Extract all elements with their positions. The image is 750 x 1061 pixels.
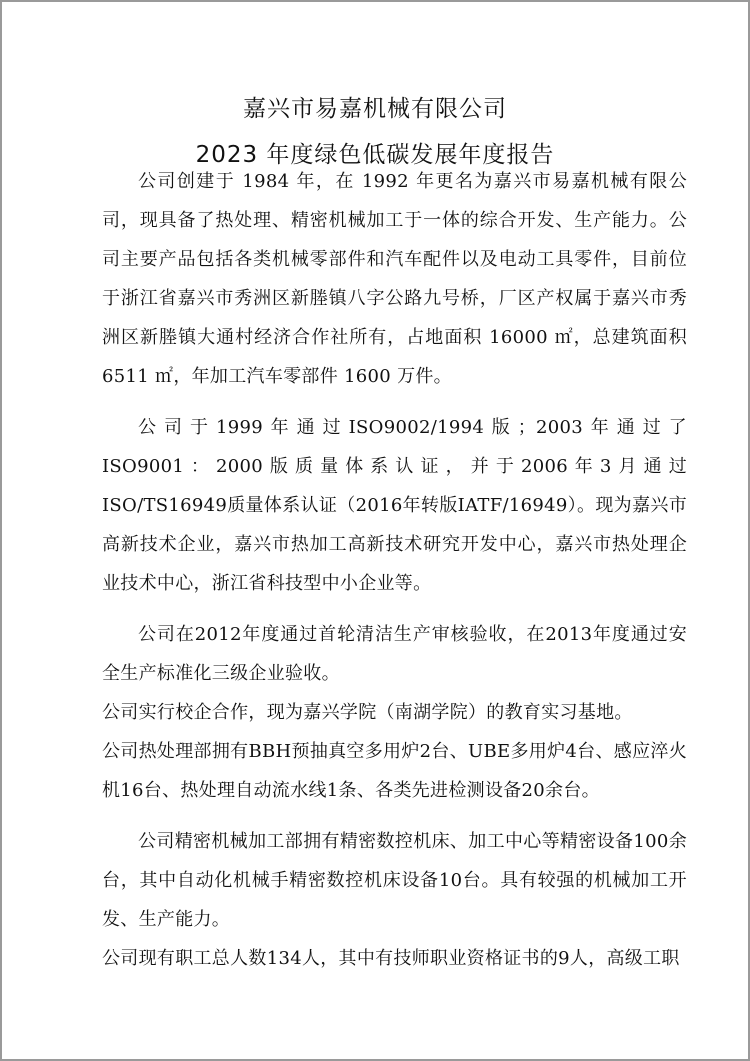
paragraph-company-history: 公司创建于 1984 年，在 1992 年更名为嘉兴市易嘉机械有限公司，现具备了… [102,162,687,396]
paragraph-cleaner-production: 公司在2012年度通过首轮清洁生产审核验收，在2013年度通过安全生产标准化三级… [102,615,687,693]
document-title: 嘉兴市易嘉机械有限公司 [2,90,748,123]
paragraph-heat-treatment: 公司热处理部拥有BBH预抽真空多用炉2台、UBE多用炉4台、感应淬火机16台、热… [102,732,687,810]
document-body: 公司创建于 1984 年，在 1992 年更名为嘉兴市易嘉机械有限公司，现具备了… [102,162,687,978]
paragraph-precision-machining: 公司精密机械加工部拥有精密数控机床、加工中心等精密设备100余台，其中自动化机械… [102,822,687,939]
document-page: 嘉兴市易嘉机械有限公司 2023 年度绿色低碳发展年度报告 公司创建于 1984… [0,0,750,1061]
paragraph-certifications: 公司于1999年通过ISO9002/1994版；2003年通过了ISO9001：… [102,408,687,603]
paragraph-school-cooperation: 公司实行校企合作，现为嘉兴学院（南湖学院）的教育实习基地。 [102,693,687,732]
paragraph-staff: 公司现有职工总人数134人，其中有技师职业资格证书的9人，高级工职 [102,939,687,978]
